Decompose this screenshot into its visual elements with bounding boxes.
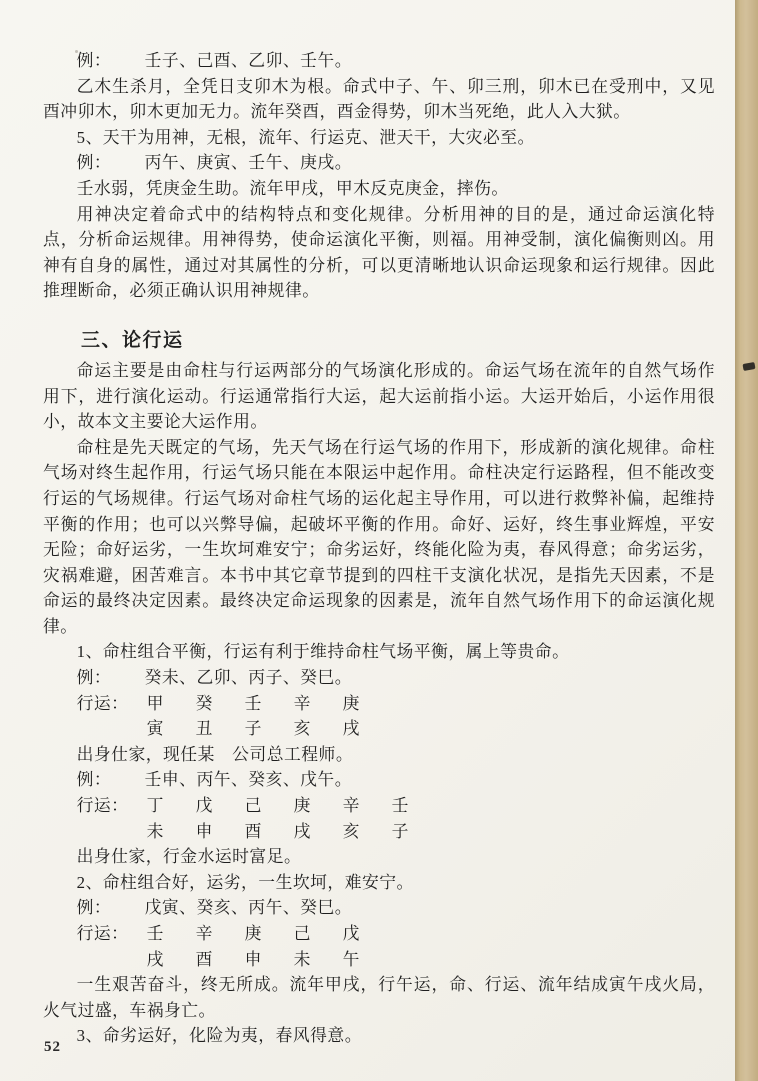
ganzhi-cell: 壬 — [147, 921, 196, 947]
page-number: 52 — [44, 1039, 61, 1056]
paragraph-analysis-3: 一生艰苦奋斗，终无所成。流年甲戌，行午运，命、行运、流年结成寅午戌火局，火气过盛… — [43, 972, 715, 1023]
example-line-2: 例：丙午、庚寅、壬午、庚戌。 — [43, 150, 715, 176]
dayun-zhi-row-2: 未申酉戌亥子 — [43, 819, 715, 845]
ganzhi-cell: 庚 — [245, 921, 294, 947]
ganzhi-cell: 壬 — [392, 793, 441, 819]
ganzhi-cell: 子 — [392, 819, 441, 845]
ganzhi-cell: 未 — [147, 819, 196, 845]
paragraph-analysis-1: 乙木生杀月，全凭日支卯木为根。命式中子、午、卯三刑，卯木已在受刑中，又见酉冲卯木… — [43, 74, 715, 125]
list-item-3: 3、命劣运好，化险为夷，春风得意。 — [43, 1023, 715, 1049]
ganzhi-cell: 申 — [245, 947, 294, 973]
ganzhi-cell: 己 — [245, 793, 294, 819]
ganzhi-cell: 辛 — [294, 691, 343, 717]
scan-speck — [75, 50, 78, 53]
example-label: 例： — [77, 48, 145, 74]
ganzhi-cell: 戊 — [343, 921, 392, 947]
example-pillars: 癸未、乙卯、丙子、癸巳。 — [145, 668, 352, 687]
list-item-1: 1、命柱组合平衡，行运有利于维持命柱气场平衡，属上等贵命。 — [43, 639, 715, 665]
ganzhi-cell: 亥 — [294, 716, 343, 742]
ganzhi-cell: 戌 — [294, 819, 343, 845]
note-line-2: 出身仕家，行金水运时富足。 — [43, 844, 715, 870]
ganzhi-cell: 寅 — [147, 716, 196, 742]
ganzhi-cell: 午 — [343, 947, 392, 973]
ganzhi-cell: 辛 — [196, 921, 245, 947]
ganzhi-cell: 未 — [294, 947, 343, 973]
ganzhi-cell: 戊 — [196, 793, 245, 819]
example-pillars: 壬申、丙午、癸亥、戊午。 — [145, 770, 352, 789]
paragraph-analysis-2: 壬水弱，凭庚金生助。流年甲戌，甲木反克庚金，摔伤。 — [43, 176, 715, 202]
example-line-4: 例：壬申、丙午、癸亥、戊午。 — [43, 767, 715, 793]
ganzhi-cell: 壬 — [245, 691, 294, 717]
example-pillars: 丙午、庚寅、壬午、庚戌。 — [145, 153, 352, 172]
ganzhi-cell: 酉 — [196, 947, 245, 973]
book-edge-strip — [735, 0, 758, 1081]
note-line-1: 出身仕家，现任某 公司总工程师。 — [43, 742, 715, 768]
ganzhi-cell: 子 — [245, 716, 294, 742]
list-item-5: 5、天干为用神，无根，流年、行运克、泄天干，大灾必至。 — [43, 125, 715, 151]
ganzhi-cell: 丁 — [147, 793, 196, 819]
ganzhi-cell: 庚 — [294, 793, 343, 819]
ganzhi-cell: 己 — [294, 921, 343, 947]
section-heading: 三、论行运 — [43, 326, 715, 356]
scanned-book-page: 例：壬子、己酉、乙卯、壬午。 乙木生杀月，全凭日支卯木为根。命式中子、午、卯三刑… — [0, 0, 758, 1081]
page-text-block: 例：壬子、己酉、乙卯、壬午。 乙木生杀月，全凭日支卯木为根。命式中子、午、卯三刑… — [43, 48, 715, 1049]
example-label: 例： — [77, 895, 145, 921]
ganzhi-cell: 丑 — [196, 716, 245, 742]
ganzhi-cell: 戌 — [343, 716, 392, 742]
ganzhi-cell: 戌 — [147, 947, 196, 973]
ganzhi-cell: 庚 — [343, 691, 392, 717]
example-line-3: 例：癸未、乙卯、丙子、癸巳。 — [43, 665, 715, 691]
dayun-gan-row-1: 行运：甲癸壬辛庚 — [43, 691, 715, 717]
dayun-zhi-row-3: 戌酉申未午 — [43, 947, 715, 973]
example-pillars: 壬子、己酉、乙卯、壬午。 — [145, 51, 352, 70]
ganzhi-cell: 亥 — [343, 819, 392, 845]
dayun-gan-row-3: 行运：壬辛庚己戊 — [43, 921, 715, 947]
paragraph-mingzhu: 命柱是先天既定的气场，先天气场在行运气场的作用下，形成新的演化规律。命柱气场对终… — [43, 435, 715, 640]
ganzhi-cell: 辛 — [343, 793, 392, 819]
dayun-label: 行运： — [77, 691, 147, 717]
paragraph-mingyun: 命运主要是由命柱与行运两部分的气场演化形成的。命运气场在流年的自然气场作用下，进… — [43, 358, 715, 435]
example-pillars: 戊寅、癸亥、丙午、癸巳。 — [145, 898, 352, 917]
example-line-5: 例：戊寅、癸亥、丙午、癸巳。 — [43, 895, 715, 921]
list-item-2: 2、命柱组合好，运劣，一生坎坷，难安宁。 — [43, 870, 715, 896]
ganzhi-cell: 甲 — [147, 691, 196, 717]
dayun-label: 行运： — [77, 921, 147, 947]
ganzhi-cell: 申 — [196, 819, 245, 845]
paragraph-yongshen: 用神决定着命式中的结构特点和变化规律。分析用神的目的是，通过命运演化特点，分析命… — [43, 202, 715, 304]
ganzhi-cell: 酉 — [245, 819, 294, 845]
example-label: 例： — [77, 665, 145, 691]
example-line-1: 例：壬子、己酉、乙卯、壬午。 — [43, 48, 715, 74]
dayun-zhi-row-1: 寅丑子亥戌 — [43, 716, 715, 742]
dayun-gan-row-2: 行运：丁戊己庚辛壬 — [43, 793, 715, 819]
dayun-label: 行运： — [77, 793, 147, 819]
example-label: 例： — [77, 150, 145, 176]
ganzhi-cell: 癸 — [196, 691, 245, 717]
example-label: 例： — [77, 767, 145, 793]
